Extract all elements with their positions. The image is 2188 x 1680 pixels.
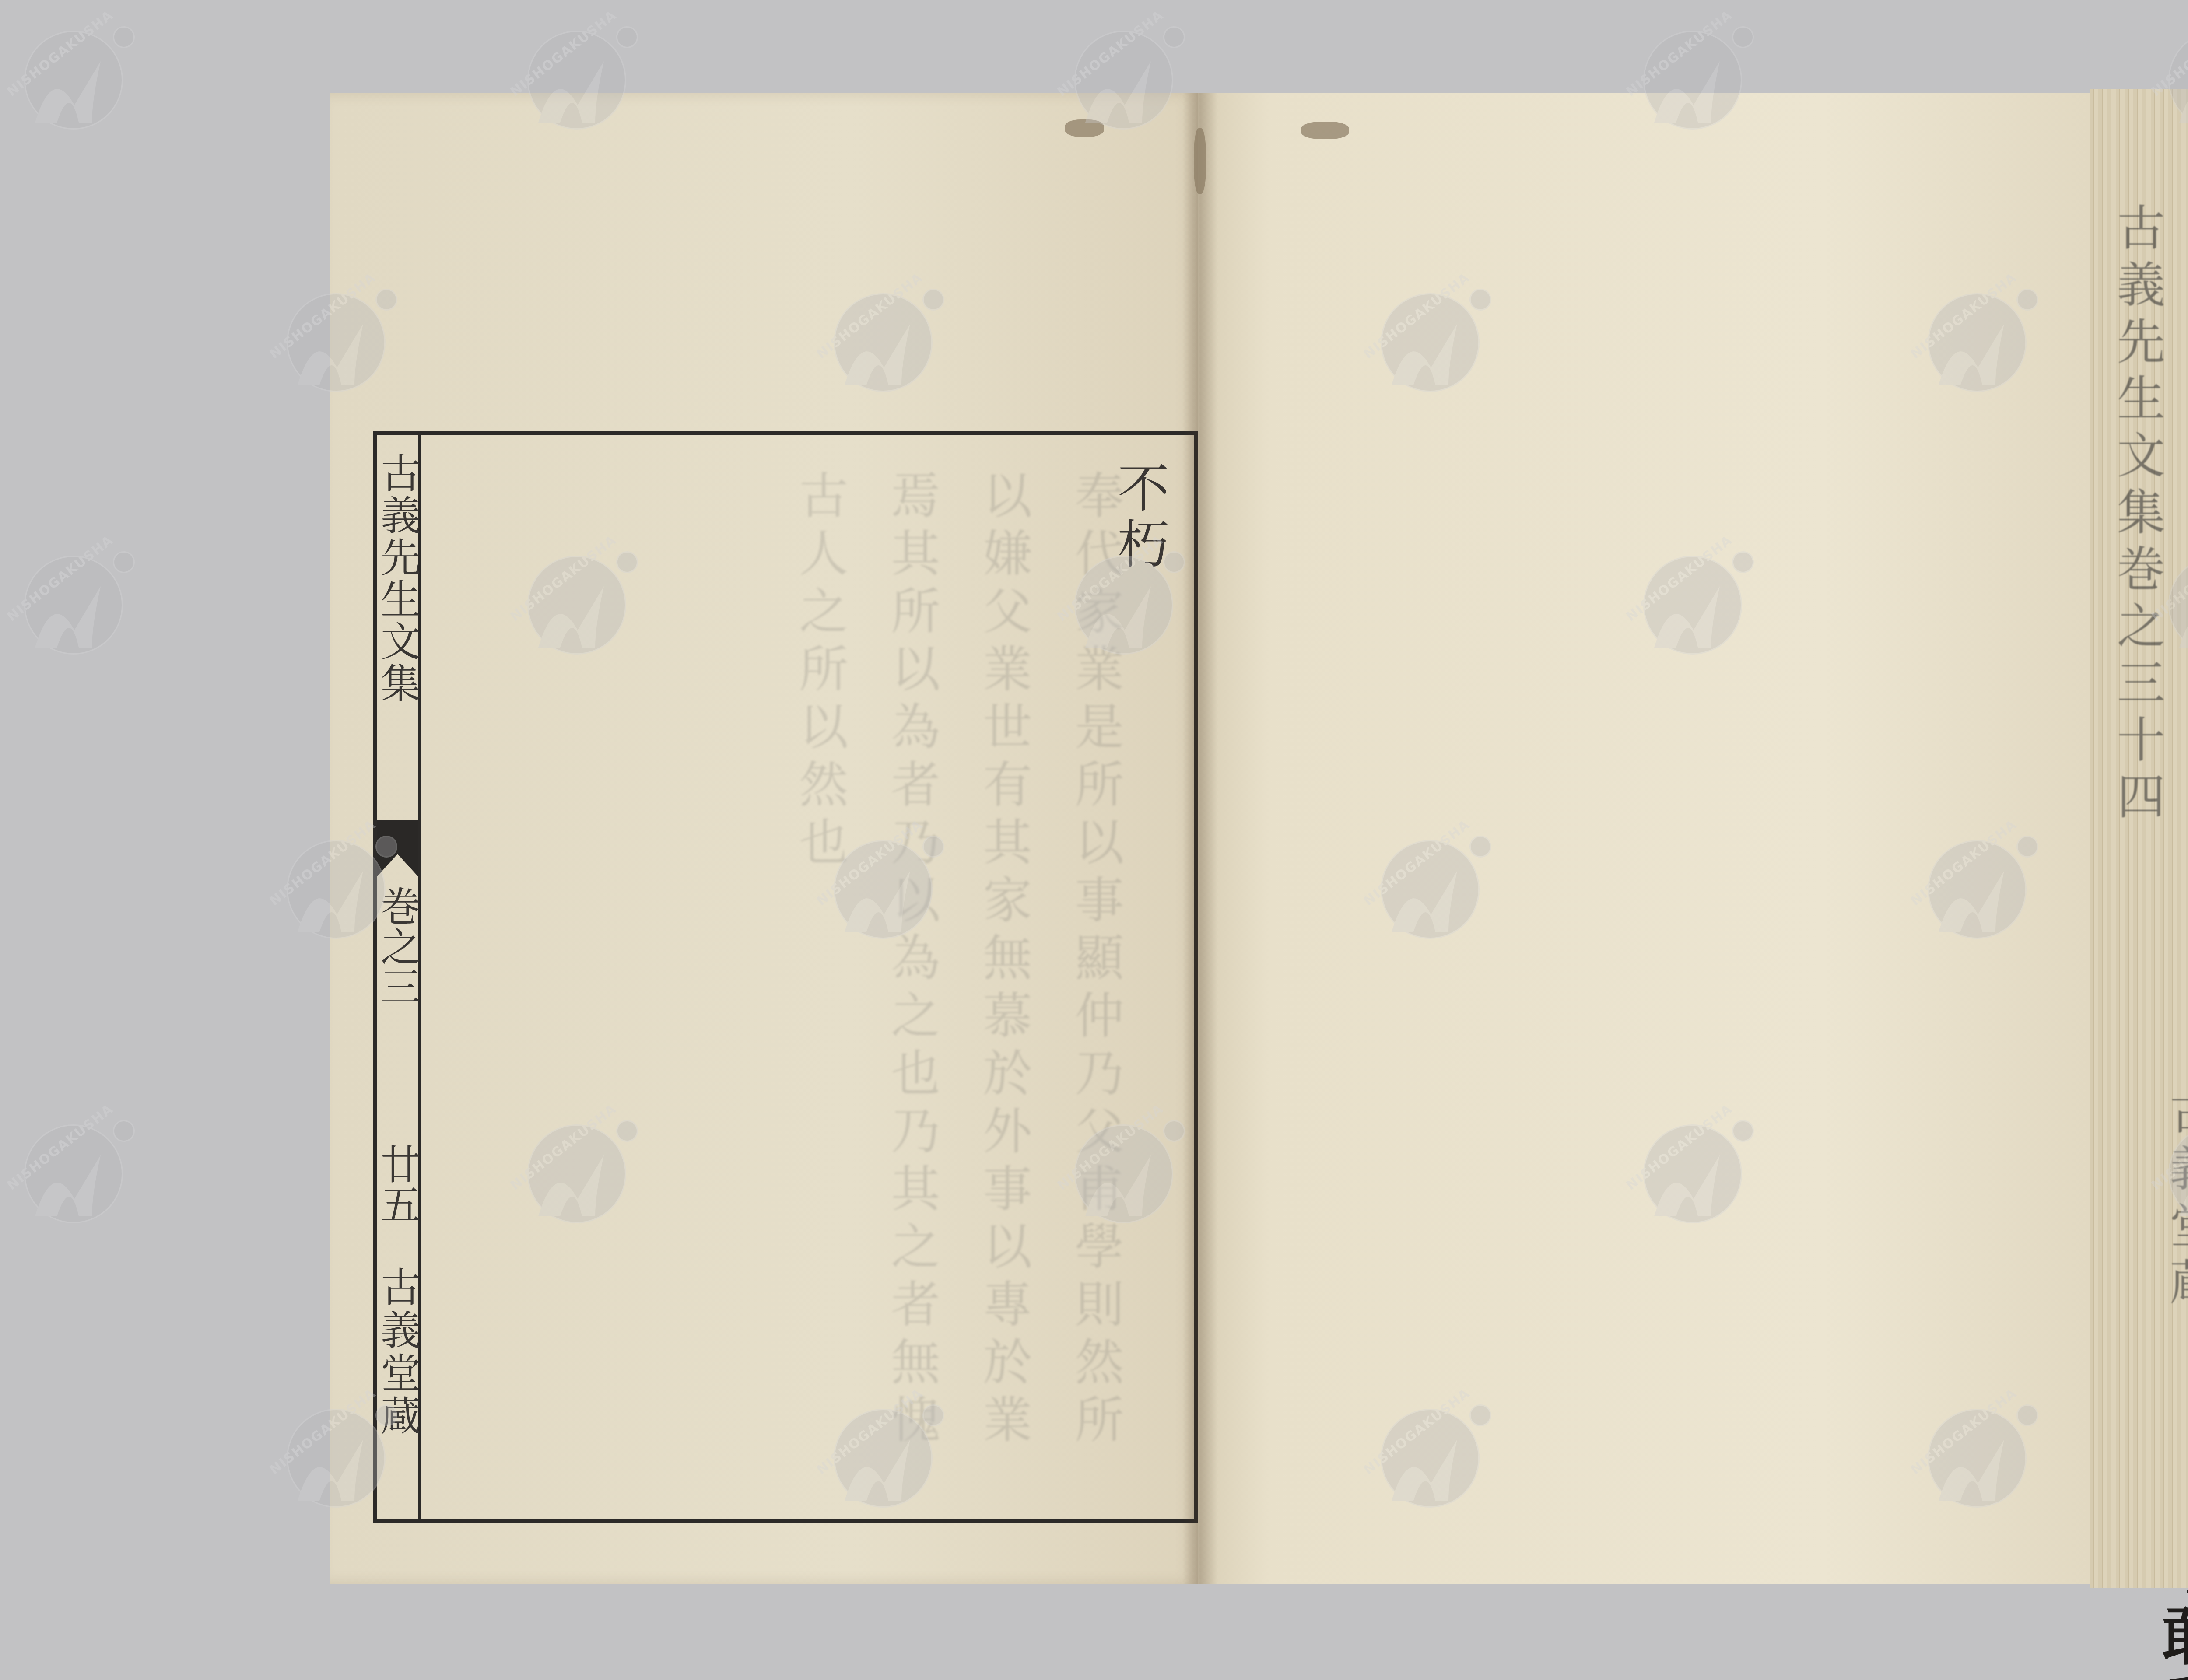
open-book: 古義先生文集 巻之三 廿五 古義堂蔵 奉代家業是所以事顯仲乃父甫學則然所以嫌父業… (330, 93, 2188, 1584)
wormhole-damage (1301, 122, 1349, 139)
fore-edge-text: 古義堂蔵 (2155, 1086, 2188, 1314)
margin-column: 古義先生文集 巻之三 廿五 古義堂蔵 (377, 435, 421, 1519)
fish-tail-mark-icon (377, 820, 418, 877)
bleed-through-text: 奉代家業是所以事顯仲乃父甫學則然所以嫌父業世有其家無慕於外事以專於業焉其所以為者… (438, 470, 1141, 1493)
volume-label: 巻之三 (377, 885, 418, 1006)
publisher-label: 古義堂蔵 (377, 1266, 418, 1438)
watermark-logo-icon: NISHOGAKUSHA (0, 0, 131, 131)
watermark-logo-icon: NISHOGAKUSHA (0, 525, 131, 656)
left-page-border-frame: 古義先生文集 巻之三 廿五 古義堂蔵 奉代家業是所以事顯仲乃父甫學則然所以嫌父業… (373, 431, 1198, 1523)
right-page: 三郎後號祐哲以武遊宦于攝河二州之間不遇徙 於丹波遂為丹州人祖諱正重字玄竹始為醫活… (1198, 93, 2090, 1584)
fore-edge-page-stack: 古義先生文集巻之三十四 古義堂蔵 (2090, 89, 2188, 1588)
left-page-text: 不朽 (1102, 461, 1176, 573)
left-page: 古義先生文集 巻之三 廿五 古義堂蔵 奉代家業是所以事顯仲乃父甫學則然所以嫌父業… (330, 93, 1198, 1584)
page-number: 廿五 (377, 1144, 418, 1224)
fore-edge-text: 古義先生文集巻之三十四 (2103, 203, 2172, 828)
book-gutter (1183, 93, 1218, 1584)
collection-title: 古義先生文集 (377, 452, 418, 704)
watermark-logo-icon: NISHOGAKUSHA (0, 1094, 131, 1225)
wormhole-damage (1065, 119, 1104, 137)
wormhole-damage (1194, 128, 1206, 194)
